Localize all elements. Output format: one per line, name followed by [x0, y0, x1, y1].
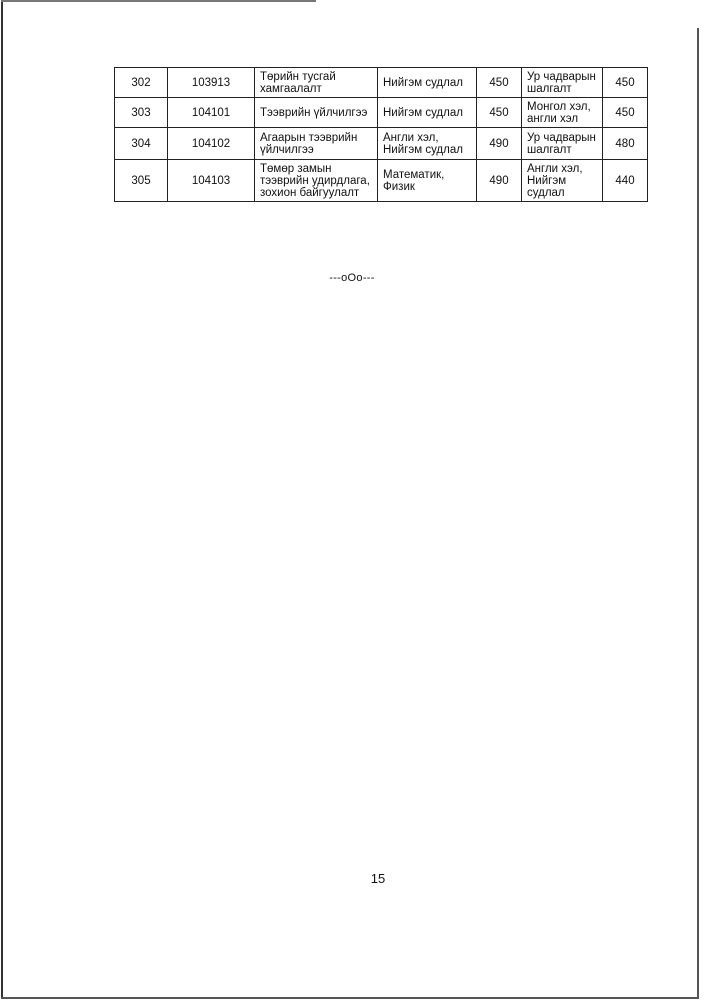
cell-subject: Нийгэм судлал: [378, 98, 477, 128]
page-frame-left: [1, 2, 3, 998]
admission-table: 302 103913 Төрийн тусгай хамгаалалт Нийг…: [114, 67, 648, 202]
cell-no: 304: [115, 128, 168, 160]
cell-exam-score: 450: [603, 98, 648, 128]
page-number: 15: [0, 871, 704, 886]
cell-code: 103913: [168, 68, 255, 98]
page-frame-right: [697, 28, 699, 998]
cell-program: Төмөр замын тээврийн удирдлага, зохион б…: [255, 160, 378, 202]
cell-no: 303: [115, 98, 168, 128]
cell-exam-score: 440: [603, 160, 648, 202]
cell-exam-score: 450: [603, 68, 648, 98]
table-row: 302 103913 Төрийн тусгай хамгаалалт Нийг…: [115, 68, 648, 98]
cell-exam: Англи хэл, Нийгэм судлал: [522, 160, 603, 202]
cell-no: 302: [115, 68, 168, 98]
cell-code: 104102: [168, 128, 255, 160]
cell-score: 490: [477, 160, 522, 202]
end-of-section-mark: ---oOo---: [0, 272, 704, 284]
cell-score: 490: [477, 128, 522, 160]
page-frame-bottom: [1, 997, 699, 999]
cell-exam: Монгол хэл, англи хэл: [522, 98, 603, 128]
table-row: 305 104103 Төмөр замын тээврийн удирдлаг…: [115, 160, 648, 202]
cell-subject: Англи хэл, Нийгэм судлал: [378, 128, 477, 160]
cell-subject: Нийгэм судлал: [378, 68, 477, 98]
table-row: 303 104101 Тээврийн үйлчилгээ Нийгэм суд…: [115, 98, 648, 128]
cell-no: 305: [115, 160, 168, 202]
cell-subject: Математик, Физик: [378, 160, 477, 202]
page-frame-top: [1, 0, 316, 2]
cell-exam: Ур чадварын шалгалт: [522, 68, 603, 98]
cell-code: 104103: [168, 160, 255, 202]
table-row: 304 104102 Агаарын тээврийн үйлчилгээ Ан…: [115, 128, 648, 160]
cell-exam: Ур чадварын шалгалт: [522, 128, 603, 160]
cell-score: 450: [477, 68, 522, 98]
cell-program: Тээврийн үйлчилгээ: [255, 98, 378, 128]
cell-code: 104101: [168, 98, 255, 128]
cell-program: Агаарын тээврийн үйлчилгээ: [255, 128, 378, 160]
cell-program: Төрийн тусгай хамгаалалт: [255, 68, 378, 98]
cell-score: 450: [477, 98, 522, 128]
cell-exam-score: 480: [603, 128, 648, 160]
